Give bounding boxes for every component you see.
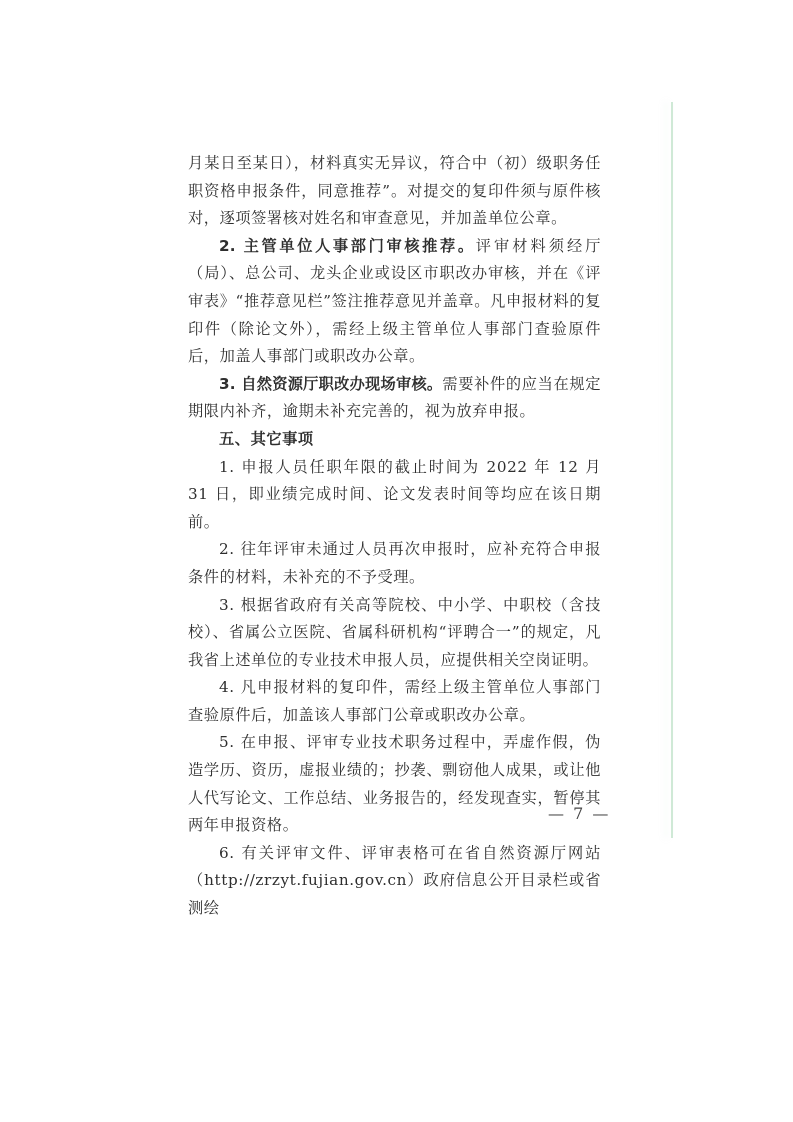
page-margin-line (671, 102, 673, 838)
paragraph-text: 月某日至某日），材料真实无异议，符合中（初）级职务任职资格申报条件，同意推荐”。… (188, 154, 601, 227)
paragraph-bold-lead: 2. 主管单位人事部门审核推荐。 (219, 237, 476, 255)
document-body: 月某日至某日），材料真实无异议，符合中（初）级职务任职资格申报条件，同意推荐”。… (188, 150, 601, 923)
paragraph-text: 评审材料须经厅（局）、总公司、龙头企业或设区市职改办审核，并在《评审表》“推荐意… (188, 237, 601, 365)
paragraph-continuation: 月某日至某日），材料真实无异议，符合中（初）级职务任职资格申报条件，同意推荐”。… (188, 150, 601, 233)
list-item: 3. 根据省政府有关高等院校、中小学、中职校（含技校）、省属公立医院、省属科研机… (188, 592, 601, 675)
paragraph-supervisor-review: 2. 主管单位人事部门审核推荐。评审材料须经厅（局）、总公司、龙头企业或设区市职… (188, 233, 601, 371)
list-item: 5. 在申报、评审专业技术职务过程中，弄虚作假，伪造学历、资历，虚报业绩的；抄袭… (188, 729, 601, 839)
page-number: — 7 — (548, 804, 610, 823)
paragraph-bold-lead: 3. 自然资源厅职改办现场审核。 (219, 375, 442, 393)
list-item: 4. 凡申报材料的复印件，需经上级主管单位人事部门查验原件后，加盖该人事部门公章… (188, 674, 601, 729)
document-page: 月某日至某日），材料真实无异议，符合中（初）级职务任职资格申报条件，同意推荐”。… (0, 0, 793, 1122)
list-item: 2. 往年评审未通过人员再次申报时，应补充符合申报条件的材料，未补充的不予受理。 (188, 536, 601, 591)
paragraph-onsite-review: 3. 自然资源厅职改办现场审核。需要补件的应当在规定期限内补齐，逾期未补充完善的… (188, 371, 601, 426)
list-item: 1. 申报人员任职年限的截止时间为 2022 年 12 月 31 日，即业绩完成… (188, 454, 601, 537)
list-item: 6. 有关评审文件、评审表格可在省自然资源厅网站（http://zrzyt.fu… (188, 840, 601, 923)
section-heading: 五、其它事项 (188, 426, 601, 454)
